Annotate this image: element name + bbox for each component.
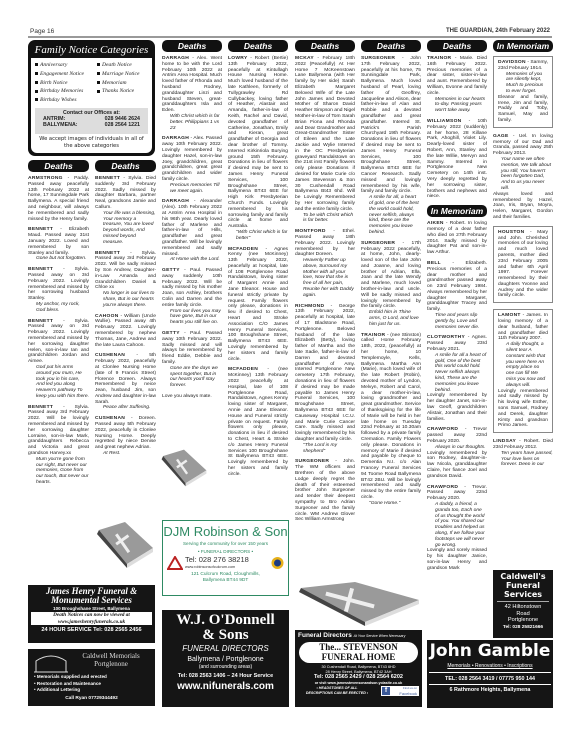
notice-verse: Enfold him in Thine arms, O Lord, and lo…	[361, 310, 421, 327]
notice-surname: DAVIDSON	[498, 60, 526, 65]
notices-list: TRAINOR - Marie. Died 16th February 2022…	[427, 56, 487, 200]
notice-entry: CUSHENAN - 5th February 2022, peacefully…	[95, 353, 156, 411]
notice-text: 10th February 2022 (suddenly) at her hom…	[427, 119, 487, 199]
james-henry-ad: James Henry Funeral & Monumental Service…	[28, 585, 155, 643]
memoriam-list: AIKEN - Robert. In loving memory of a de…	[427, 221, 487, 571]
notice-surname: BENNETT	[28, 319, 53, 324]
notice-text: February 18th 2022 (Peacefully) At Her H…	[295, 56, 355, 212]
notice-text: William (Uncle Wullie). Passed away 4th …	[95, 314, 156, 348]
notice-text: (nee McKinney) 13th February 2022 peacef…	[228, 367, 288, 476]
notice-verse: Peace after Suffering.	[95, 405, 156, 411]
notice-verse: A smile for all a heart of gold, One of …	[427, 353, 487, 394]
notice-entry: DARRAGH - Alex. Passed away 10th Februar…	[162, 136, 222, 194]
ad-title: DJM Robinson & Son	[163, 521, 288, 540]
notice-text: John 17th February 2022, peacefully at h…	[361, 56, 421, 194]
stevenson-ad: Funeral Directors At Your Service When N…	[295, 630, 422, 707]
notice-surname: BELL	[427, 261, 441, 266]
notice-entry: TRAINOR - (nee Stinston) called Home Feb…	[361, 333, 421, 507]
deaths-column-2: Deaths BENNETT - Sylvia. Died suddenly 3…	[95, 160, 156, 495]
notice-text: Alexander (Alex). 10th February 2022 at …	[162, 199, 222, 256]
notices-list: LOWRY - Robert (Bertie) 13th February 20…	[228, 56, 288, 478]
section-header-deaths: Deaths	[295, 40, 355, 52]
notice-text: Sylvia. Died suddenly 3rd February 2022.…	[95, 176, 156, 210]
notice-surname: SURGEONER	[361, 241, 395, 246]
notice-surname: CRAWFORD	[427, 427, 458, 432]
notice-surname: GETTY	[162, 268, 180, 273]
notice-surname: MONTFORD	[295, 229, 326, 234]
notice-surname: LOWRY	[228, 56, 248, 61]
notice-surname: TRAINOR	[427, 56, 451, 61]
notice-entry: BENNETT - Sylvia. Passed away 3rd Februa…	[28, 405, 89, 486]
notices-list: ARMSTRONG - Paddy. Passed away peacefull…	[28, 176, 89, 486]
bullet-icon	[35, 72, 38, 75]
notice-surname: DARRAGH	[162, 56, 189, 61]
notice-entry: GETTY - Paul. Passed away 10th February …	[162, 331, 222, 389]
bible-icon	[160, 448, 208, 488]
accept-images-note: We accept images of individuals in all o…	[35, 136, 148, 149]
category-item: Marriage Notice	[97, 70, 157, 79]
deaths-memoriam-column-7: Deaths TRAINOR - Marie. Died 16th Februa…	[427, 40, 487, 640]
notice-text: (nee Stinston) called Home February 18th…	[361, 333, 421, 500]
notice-surname: ARMSTRONG	[28, 176, 63, 181]
notice-surname: GAGE	[493, 134, 509, 139]
notice-text: Eleanor and family, Irene, Jim and famil…	[498, 95, 548, 124]
category-item: Death Notice	[97, 61, 157, 70]
notice-verse: "The Lord is my shepherd"	[295, 443, 355, 455]
caldwells-funeral-ad: Caldwell's Funeral Services 42 Hiltonsto…	[493, 570, 553, 638]
notice-verse: Gone but not forgotten.	[28, 256, 89, 262]
notice-text: Mary and John. Cherished memories of our…	[498, 230, 548, 299]
caldwell-memorials-ad: Caldwell Memorials Portglenone • Memoria…	[28, 649, 155, 706]
notice-entry: MONTFORD - Ethel. Passed away 18th Febru…	[295, 229, 355, 299]
notice-entry: BENNETT - Sylvia. Passed away 3rd Februa…	[95, 251, 156, 309]
john-gamble-ad: John Gamble Memorials • Renovations • In…	[427, 640, 553, 708]
categories-left: Anniversary Engagement Notice Birth Noti…	[35, 61, 95, 105]
section-header-memoriam: In Memoriam	[493, 40, 553, 52]
notice-surname: BENNETT	[28, 227, 53, 232]
section-header-memoriam: In Memoriam	[427, 205, 487, 217]
notice-entry: BENNETT - Sylvia. Passed away on 3rd Feb…	[28, 267, 89, 313]
memoriam-column-8: In Memoriam DAVIDSON - Sammy, 23rd Febru…	[493, 40, 553, 465]
ad-title: Caldwell Memorials	[70, 652, 152, 660]
bullet-icon	[97, 63, 100, 66]
notice-text: John. The WM officers and Brethren of th…	[295, 459, 355, 522]
notice-surname: SURGEONER	[295, 459, 329, 464]
deaths-column-4: Deaths LOWRY - Robert (Bertie) 13th Febr…	[228, 40, 288, 500]
notice-text: Sylvia. Passed away 3rd February 2022. W…	[28, 405, 89, 456]
notice-surname: MCFADDEN	[228, 367, 258, 372]
crest-icon	[271, 556, 284, 570]
contact-offices: Contact our Offices at: ANTRIM:028 9446 …	[35, 108, 148, 134]
bullet-icon	[97, 81, 100, 84]
notice-entry: BELL - Elizabeth. Precious memories of a…	[427, 261, 487, 331]
notice-text: Lovingly remembered by son Rodney, daugh…	[427, 451, 487, 480]
notice-entry: Love you always mate.	[162, 394, 222, 400]
section-header-deaths: Deaths	[28, 160, 89, 172]
notice-surname: CRAWFORD	[427, 485, 458, 490]
notice-entry: WILLIAMSON - 10th February 2022 (suddenl…	[427, 119, 487, 200]
notice-entry: MCFADDEN - Agnes Kenny (nee McKinney) 13…	[228, 247, 288, 363]
notice-text: Lovingly remembered by her daughter Jane…	[427, 393, 487, 422]
notice-surname: RICHMOND	[295, 304, 324, 309]
triangle-logo-icon	[167, 556, 183, 570]
notice-entry: CRAWFORD - Trevor passed away 22nd Febru…	[427, 427, 487, 479]
ad-title: John Gamble	[427, 640, 553, 662]
notice-text: Sylvia. Passed away on 3rd February 2022…	[28, 319, 89, 365]
notice-text: Alex. Went home to be with the Lord Febr…	[162, 56, 222, 113]
category-item: Birth Notice	[35, 79, 95, 88]
ad-title: FUNERAL HOME	[299, 653, 418, 663]
categories-panel: Anniversary Engagement Notice Birth Noti…	[31, 58, 152, 153]
notice-entry: CUSHENAN - Doreen. Passed away 5th Febru…	[95, 416, 156, 457]
category-item: Engagement Notice	[35, 70, 95, 79]
notice-verse: A smile for all, a heart of gold, one of…	[361, 195, 421, 236]
notice-entry: BENNETT - Sylvia. Passed away on 3rd Feb…	[28, 319, 89, 400]
ad-title: Monumental Services	[28, 596, 155, 605]
notice-surname: BENNETT	[28, 267, 53, 272]
notice-verse: Mum you're gone from our sight, But neve…	[28, 457, 89, 486]
notices-list: SURGEONER - John 17th February 2022, pea…	[361, 56, 421, 507]
ad-title: & Sons	[162, 628, 289, 643]
notice-surname: TRAINOR	[361, 333, 385, 338]
ad-phone: Call Ryan 07729344492	[28, 696, 155, 701]
notice-text: 5th February 2022, peacefully at Clonlee…	[95, 353, 156, 404]
ad-address: Ballymena BT44 9DT	[163, 578, 288, 584]
category-item: Birthday Wishes	[35, 96, 95, 105]
ad-bullet: • Additional Lettering	[34, 687, 107, 694]
notice-surname: CAHOON	[95, 314, 119, 319]
notice-verse: From our lives you may have gone, But in…	[162, 309, 222, 326]
notice-surname: MCKAY	[295, 56, 314, 61]
notice-entry: RICHMOND - George 13th February 2022, pe…	[295, 304, 355, 455]
ad-phone: Tel: 028 2563 1406 – 24 Hour Service	[162, 671, 289, 681]
notice-surname: CUSHENAN	[95, 353, 125, 358]
bible-icon	[95, 520, 155, 570]
notice-verse: To be with Christ which is far better.	[295, 213, 355, 225]
notice-surname: DARRAGH	[162, 136, 189, 141]
notice-text: Paul. Passed away suddenly 10th February…	[162, 268, 222, 308]
notice-verse: Your name we often mention, We talk abou…	[493, 157, 553, 192]
ad-phone: Tel: 028 2565 2429 / 028 2564 6202	[295, 674, 422, 681]
notice-entry: ARMSTRONG - Paddy. Passed away peacefull…	[28, 176, 89, 222]
notices-list: MCKAY - February 18th 2022 (Peacefully) …	[295, 56, 355, 523]
notice-entry: AIKEN - Robert. In loving memory of a de…	[427, 221, 487, 256]
notice-text: Alex. Passed away 10th February 2022. Lo…	[162, 136, 222, 182]
notice-text: Marie. Died 16th February 2022. Precious…	[427, 56, 487, 96]
notice-entry: DAVIDSON - Sammy, 23rd February 1914.Mem…	[493, 56, 553, 128]
notice-surname: BENNETT	[95, 251, 120, 256]
ad-banner-sub: At Your Service When Necessary	[354, 634, 406, 638]
category-item: Anniversary	[35, 61, 95, 70]
notice-entry: LINDSAY - Robert. Died 23rd February 201…	[493, 439, 553, 465]
notice-text: Elizabeth. Precious memories of a dear m…	[427, 261, 487, 312]
notice-entry: BENNETT - Sylvia. Died suddenly 3rd Febr…	[95, 176, 156, 246]
notice-verse: No longer in our lives to share, But in …	[95, 291, 156, 308]
deaths-column-3: Deaths DARRAGH - Alex. Went home to be w…	[162, 40, 222, 440]
notice-text: Sylvia. Passed away 3rd February 2022. W…	[95, 251, 156, 291]
notice-verse: Memories of you are silently kept, Much …	[498, 72, 548, 95]
notice-surname: BENNETT	[28, 405, 53, 410]
notice-text: Lovingly remembered and sadly missed by …	[498, 389, 548, 430]
categories-title: Family Notice Categories	[28, 40, 155, 58]
notice-entry: GAGE - Uel. In loving memory of our Dad …	[493, 134, 553, 221]
contact-title: Contact our Offices at:	[35, 108, 148, 116]
notice-surname: LAMONT	[498, 313, 521, 318]
notice-text: Paddy. Passed away peacefully 13th Febru…	[28, 176, 89, 222]
notice-entry: DARRAGH - Alexander (Alex). 10th Februar…	[162, 199, 222, 263]
headstone-icon	[34, 653, 68, 673]
notices-list: BENNETT - Sylvia. Died suddenly 3rd Febr…	[95, 176, 156, 457]
bullet-icon	[97, 90, 100, 93]
notice-surname: LINDSAY	[493, 439, 516, 444]
bullet-icon	[97, 72, 100, 75]
ad-website-link[interactable]: www.nifunerals.com	[162, 681, 289, 692]
section-header-deaths: Deaths	[162, 40, 222, 52]
category-item: Memoriam	[97, 79, 157, 88]
ad-tagline: Serving the community for over 150 years	[163, 540, 288, 548]
notice-verse: "Gone Home."	[361, 501, 421, 507]
ad-phone: TEL: 028 2564 3419 / 07775 950 144	[427, 674, 553, 684]
ad-title: Caldwell's	[493, 570, 553, 581]
ad-website-link[interactable]: www.robinsonsofculcrum.com	[185, 565, 235, 569]
facebook-icon: f	[382, 687, 390, 695]
notice-verse: A daily thought, a silent tear A constan…	[498, 342, 548, 388]
ad-title: Funeral	[493, 581, 553, 590]
notice-surname: SURGEONER	[361, 56, 395, 61]
ad-title: W.J. O'Donnell	[162, 610, 289, 628]
header-rule	[28, 36, 552, 38]
ad-phone: Tel: 028 25821666	[493, 624, 553, 631]
ad-banner: Funeral Directors	[298, 632, 352, 639]
page-number: Page 16	[30, 28, 54, 35]
notice-text: Agnes Kenny (nee McKinney) 13th February…	[228, 247, 288, 362]
section-header-deaths: Deaths	[95, 160, 156, 172]
notice-entry: DARRAGH - Alex. Went home to be with the…	[162, 56, 222, 131]
ad-phone: 24 HOUR SERVICE Tel: 028 2565 2456	[28, 625, 155, 635]
notice-verse: My anchor, my rock, God bless.	[28, 302, 89, 314]
facebook-link[interactable]: f Find us on Facebook	[381, 686, 419, 696]
notice-entry: SURGEONER - John 17th February 2022, pea…	[361, 56, 421, 236]
ad-subtitle: FUNERAL DIRECTORS	[162, 643, 289, 655]
notice-verse: Your life was a blessing, Your memory a …	[95, 211, 156, 246]
notice-surname: MCFADDEN	[228, 247, 258, 252]
notice-surname: GETTY	[162, 331, 180, 336]
odonnell-ad: W.J. O'Donnell & Sons FUNERAL DIRECTORS …	[162, 610, 289, 707]
notice-surname: DARRAGH	[162, 199, 189, 204]
ad-address: 100 Broughshane Street, Ballymena	[28, 605, 155, 612]
notice-text: Paul. Passed away 10th February 2022. Sa…	[162, 331, 222, 365]
ad-title: Services	[493, 590, 553, 599]
bible-icon	[295, 580, 423, 628]
notice-entry: CRAWFORD - Trevor. Passed away 22nd Febr…	[427, 485, 487, 572]
memoriam-list: DAVIDSON - Sammy, 23rd February 1914.Mem…	[493, 56, 553, 465]
deaths-column-6: Deaths SURGEONER - John 17th February 20…	[361, 40, 421, 610]
ad-note: DESCRIPTIONS CAN BE ERECTED •	[298, 691, 376, 696]
notice-surname: BENNETT	[95, 176, 120, 181]
notice-verse: Ten years have passed, Your love lives o…	[493, 451, 553, 465]
office-ballymena: BALLYMENA:028 2564 1221	[35, 122, 148, 128]
notice-verse: Always in our thoughts.	[427, 445, 487, 451]
notice-entry: CAHOON - William (Uncle Wullie). Passed …	[95, 314, 156, 349]
bullet-icon	[35, 63, 38, 66]
notice-entry: SURGEONER - 17th February 2022 peacefull…	[361, 241, 421, 328]
ad-address: 6 Rathmore Heights, Ballymena	[427, 685, 553, 695]
djm-robinson-ad: DJM Robinson & Son Serving the community…	[162, 520, 289, 596]
notice-surname: CLOTWORTHY	[427, 335, 465, 340]
notice-verse: With Christ which is far better. Philipp…	[162, 114, 222, 131]
categories-right: Death Notice Marriage Notice Memoriam Th…	[97, 61, 157, 96]
notice-text: Always loved and remembered by Hazel, Jo…	[493, 192, 553, 221]
notice-text: George 13th February 2022, peacefully at…	[295, 304, 355, 442]
notice-entry: LOWRY - Robert (Bertie) 13th February 20…	[228, 56, 288, 242]
notice-verse: Time and years slip gently by, Love and …	[427, 313, 487, 330]
notice-text: Sylvia. Passed away on 3rd February 2022…	[28, 267, 89, 301]
notice-entry: SURGEONER - John. The WM officers and Br…	[295, 459, 355, 523]
ad-areas: Ballymena / Portglenone	[162, 655, 289, 664]
category-item: Thanks Notice	[97, 87, 157, 96]
notice-entry: TRAINOR - Marie. Died 16th February 2022…	[427, 56, 487, 114]
notice-verse: Memories in our hearts to-day. Passing y…	[427, 97, 487, 114]
notice-text: Lovingly and sorely missed by his daught…	[427, 548, 487, 571]
deaths-column-1: Deaths ARMSTRONG - Paddy. Passed away pe…	[28, 160, 89, 570]
notice-text: Robert. In loving memory of a dear fathe…	[427, 221, 487, 255]
notice-text: 17th February 2022 peacefully, at home, …	[361, 241, 421, 310]
bullet-icon	[35, 90, 38, 93]
ad-subtitle: Portglenone	[70, 660, 152, 668]
notice-verse: At Home with the Lord.	[162, 257, 222, 263]
notice-text: Doreen. Passed away 5th February 2022, p…	[95, 416, 156, 450]
section-header-deaths: Deaths	[427, 40, 487, 52]
notice-entry: MCFADDEN - (nee McKinney) 13th February …	[228, 367, 288, 477]
bullet-icon	[35, 98, 38, 101]
deaths-column-5: Deaths MCKAY - February 18th 2022 (Peace…	[295, 40, 355, 600]
notice-surname: CUSHENAN	[95, 416, 125, 421]
notice-entry: BENNETT - Elizabeth Maud. Passed away 31…	[28, 227, 89, 262]
notice-entry: HOUSTON - Mary and John. Cherished memor…	[493, 226, 553, 304]
notices-list: DARRAGH - Alex. Went home to be with the…	[162, 56, 222, 400]
ad-areas: (and surrounding areas)	[162, 664, 289, 671]
family-notice-categories: Family Notice Categories Anniversary Eng…	[28, 40, 155, 156]
bullet-icon	[35, 81, 38, 84]
section-header-deaths: Deaths	[361, 40, 421, 52]
notice-surname: WILLIAMSON	[427, 119, 462, 124]
notice-verse: God put his arms around you mum, He took…	[28, 365, 89, 400]
notice-surname: AIKEN	[427, 221, 444, 226]
ad-phone: Tel: 028 276 38218	[185, 556, 249, 564]
notice-verse: Heavenly Father up above, Surround my Mo…	[295, 258, 355, 299]
notice-text: Robert (Bertie) 13th February 2022, peac…	[228, 56, 288, 229]
notice-text: Love you always mate.	[162, 394, 212, 399]
notice-entry: LAMONT - James. In loving memory of a de…	[493, 309, 553, 433]
section-header-deaths: Deaths	[228, 40, 288, 52]
category-item: Birthday Memories	[35, 87, 95, 96]
paper-date: THE GUARDIAN, 24th February 2022	[446, 28, 550, 34]
notice-verse: Gone are the days we spent together, But…	[162, 366, 222, 389]
notice-verse: A daddy, a friend, a granda too, Each on…	[427, 502, 487, 548]
notice-entry: MCKAY - February 18th 2022 (Peacefully) …	[295, 56, 355, 224]
notice-surname: HOUSTON	[498, 230, 524, 235]
notice-verse: "With Christ which is far better"	[228, 230, 288, 242]
notice-entry: GETTY - Paul. Passed away suddenly 10th …	[162, 268, 222, 326]
notice-verse: Precious memories Till we meet again.	[162, 183, 222, 195]
ad-services: Memorials • Renovations • Inscriptions	[427, 662, 553, 671]
notice-verse: At Rest.	[95, 451, 156, 457]
notice-entry: CLOTWORTHY - Agnes. Passed away 23rd Feb…	[427, 335, 487, 422]
